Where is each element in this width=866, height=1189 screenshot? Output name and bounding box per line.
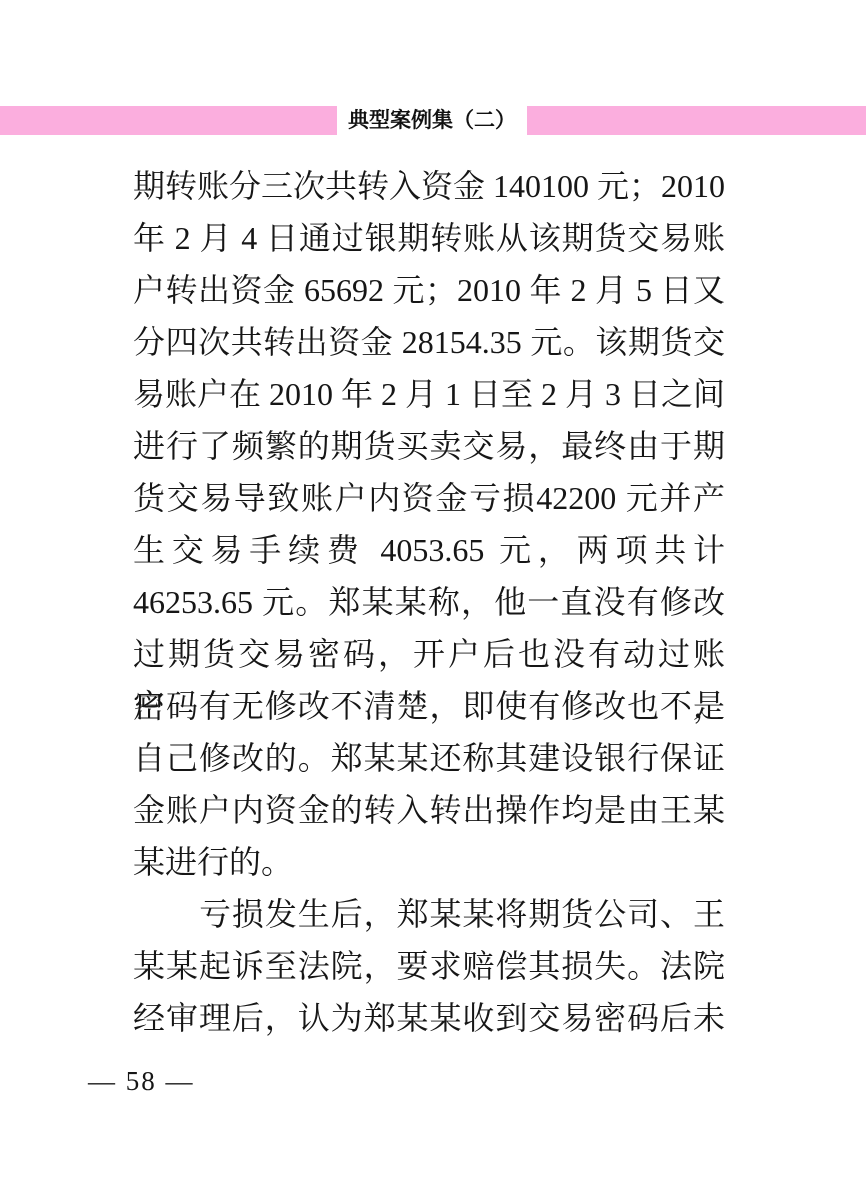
text-line: 生交易手续费 4053.65 元，两项共计	[133, 524, 725, 576]
book-page: 典型案例集（二） 期转账分三次共转入资金 140100 元；2010年 2 月 …	[0, 0, 866, 1189]
text-line: 自己修改的。郑某某还称其建设银行保证	[133, 732, 725, 784]
page-number: — 58 —	[88, 1066, 195, 1097]
text-line: 易账户在 2010 年 2 月 1 日至 2 月 3 日之间	[133, 368, 725, 420]
text-line: 亏损发生后，郑某某将期货公司、王	[133, 888, 725, 940]
running-head-title: 典型案例集（二）	[337, 106, 527, 135]
text-line: 期转账分三次共转入资金 140100 元；2010	[133, 160, 725, 212]
text-line: 年 2 月 4 日通过银期转账从该期货交易账	[133, 212, 725, 264]
text-line: 进行了频繁的期货买卖交易，最终由于期	[133, 420, 725, 472]
text-line: 金账户内资金的转入转出操作均是由王某	[133, 784, 725, 836]
page-header: 典型案例集（二）	[0, 106, 866, 135]
text-line: 过期货交易密码，开户后也没有动过账户，	[133, 628, 725, 680]
body-text-block: 期转账分三次共转入资金 140100 元；2010年 2 月 4 日通过银期转账…	[133, 160, 725, 1044]
text-line: 经审理后，认为郑某某收到交易密码后未	[133, 992, 725, 1044]
text-line: 46253.65 元。郑某某称，他一直没有修改	[133, 576, 725, 628]
text-line: 某进行的。	[133, 836, 725, 888]
header-bar-left	[0, 106, 337, 135]
header-bar-right	[527, 106, 866, 135]
text-line: 密码有无修改不清楚，即使有修改也不是	[133, 680, 725, 732]
text-line: 某某起诉至法院，要求赔偿其损失。法院	[133, 940, 725, 992]
text-line: 货交易导致账户内资金亏损42200 元并产	[133, 472, 725, 524]
text-line: 分四次共转出资金 28154.35 元。该期货交	[133, 316, 725, 368]
text-line: 户转出资金 65692 元；2010 年 2 月 5 日又	[133, 264, 725, 316]
